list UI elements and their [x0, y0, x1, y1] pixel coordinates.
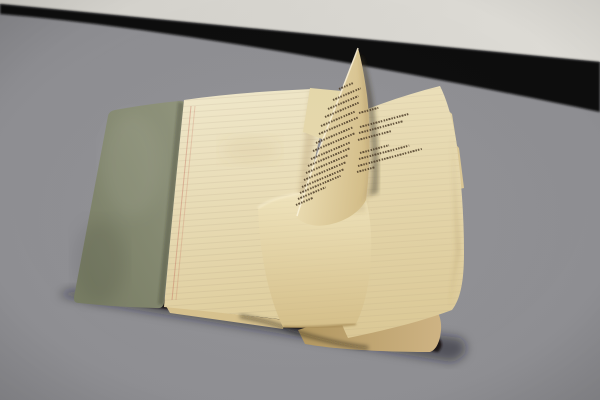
notebook-photo-svg [0, 0, 600, 400]
photo-open-notebook [0, 0, 600, 400]
vignette [0, 0, 600, 400]
